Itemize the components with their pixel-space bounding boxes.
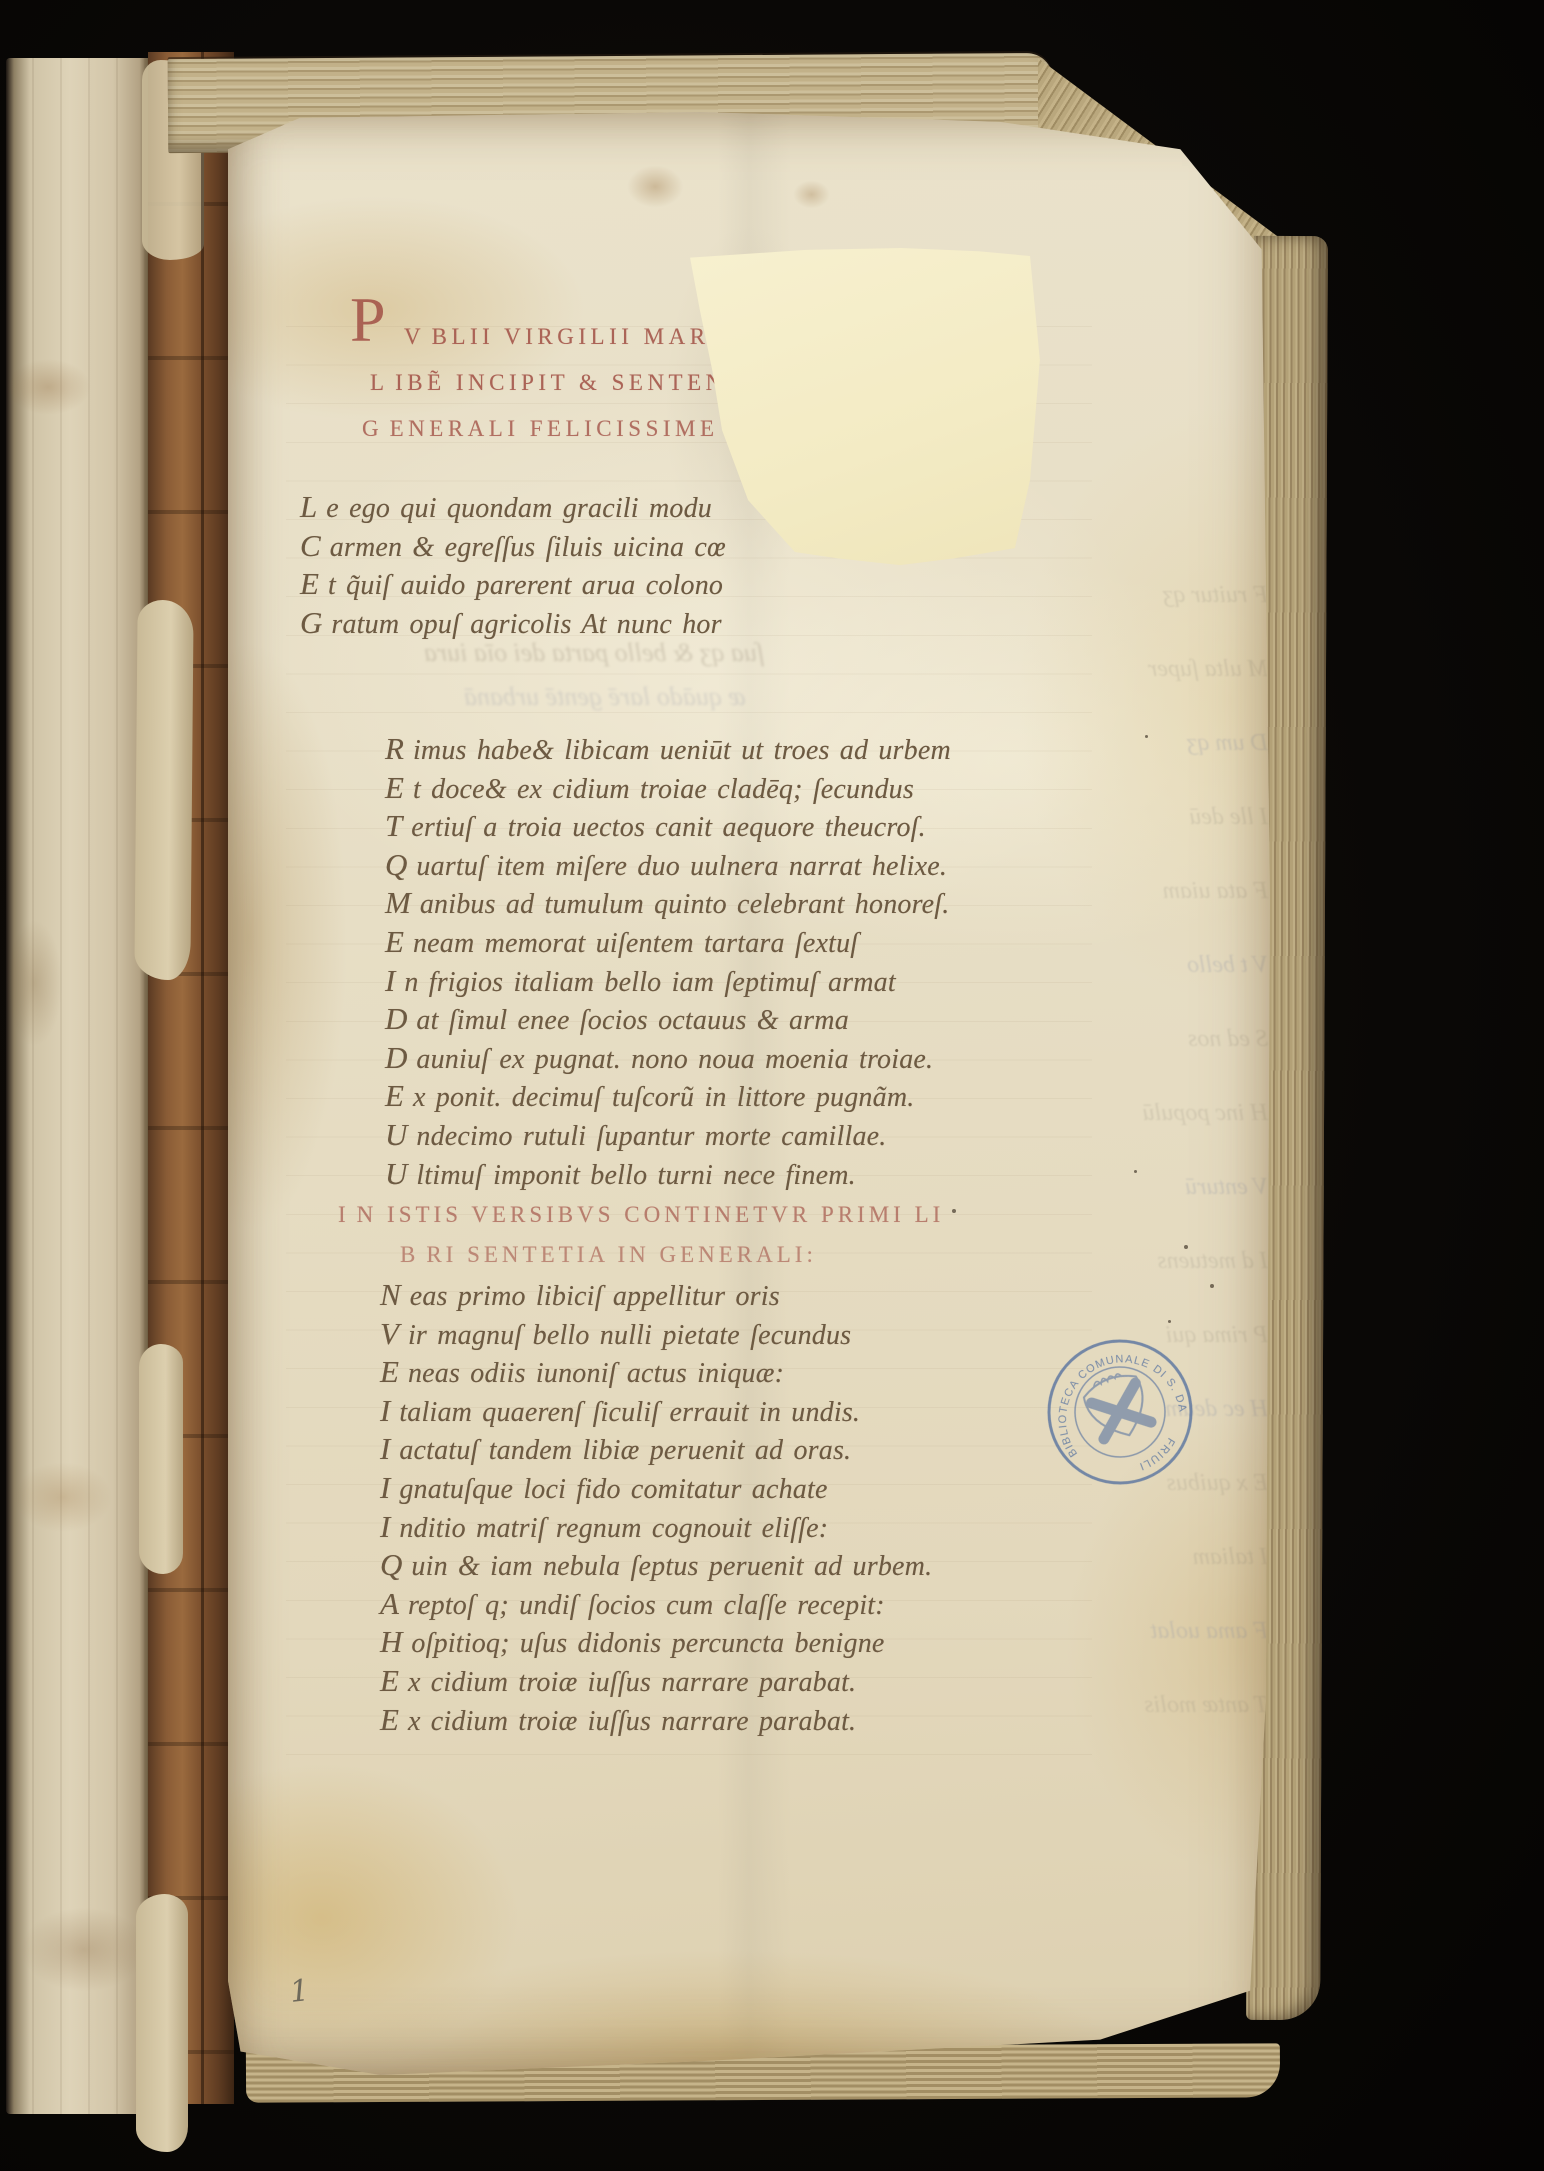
ink-speck	[1184, 1245, 1188, 1249]
manuscript-line: Et doce& ex cidium troiae cladēq; ſecund…	[385, 769, 951, 808]
manuscript-line: Iactatuſ tandem libiæ peruenit ad oras.	[380, 1430, 932, 1469]
manuscript-line: Eneas odiis iunoniſ actus iniquæ:	[380, 1353, 932, 1392]
book-summary-verse-block: Rimus habe& libicam ueniūt ut troes ad u…	[385, 730, 951, 1193]
paper-repair-patch	[690, 248, 1042, 568]
manuscript-line: Eneam memorat uiſentem tartara ſextuſ	[385, 923, 951, 962]
book-spine-leather	[148, 52, 234, 2104]
manuscript-line: Le ego qui quondam gracili modu	[300, 488, 726, 527]
manuscript-line: Vir magnuſ bello nulli pietate ſecundus	[380, 1315, 932, 1354]
manuscript-line: Ex cidium troiæ iuſſus narrare parabat.	[380, 1662, 932, 1701]
bleed-through-fragment: F ata uiam	[990, 854, 1268, 928]
bleed-through-fragment: F ama uolat	[990, 1594, 1268, 1668]
rubric-mid-line: IN ISTIS VERSIBVS CONTINETVR PRIMI LI	[338, 1202, 944, 1228]
manuscript-line: Dauniuſ ex pugnat. nono noua moenia troi…	[385, 1039, 951, 1078]
manuscript-line: Quin & iam nebula ſeptus peruenit ad urb…	[380, 1546, 932, 1585]
bleed-through-fragment: I taliam	[990, 1520, 1268, 1594]
bleed-through-fragment: I d metuens	[990, 1224, 1268, 1298]
ink-speck	[1210, 1284, 1214, 1288]
manuscript-line: Ultimuſ imponit bello turni nece finem.	[385, 1155, 951, 1194]
manuscript-line: Quartuſ item miſere duo uulnera narrat h…	[385, 846, 951, 885]
rubric-initial-P: P	[350, 288, 386, 352]
bleed-through-fragment: T antæ molis	[990, 1668, 1268, 1742]
argument-verse-block: Neas primo libiciſ appellitur orisVir ma…	[380, 1276, 932, 1739]
bleed-through-fragment: I lle deū	[990, 780, 1268, 854]
library-stamp: BIBLIOTECA COMUNALE DI S. DANIELE FRIULI	[1022, 1314, 1217, 1509]
ink-speck	[1134, 1170, 1137, 1173]
folio-number: 1	[288, 1973, 311, 2010]
manuscript-line: Areptoſ q; undiſ ſocios cum claſſe recep…	[380, 1585, 932, 1624]
ink-speck	[1145, 735, 1148, 738]
bleed-through-fragment: M ulta ſuper	[990, 632, 1268, 706]
manuscript-line: Italiam quaerenſ ſiculiſ errauit in undi…	[380, 1392, 932, 1431]
bleed-through-fragment: D um qʒ	[990, 706, 1268, 780]
manuscript-page: ſua qʒ & bello parta dei oīa iura æ quād…	[228, 112, 1270, 2075]
bleed-through-fragment: V enturū	[990, 1150, 1268, 1224]
bleed-through-fragment: F ruitur qʒ	[990, 558, 1268, 632]
manuscript-line: Neas primo libiciſ appellitur oris	[380, 1276, 932, 1315]
manuscript-line: Manibus ad tumulum quinto celebrant hono…	[385, 884, 951, 923]
manuscript-line: Et q̃uiſ auido parerent arua colono	[300, 565, 726, 604]
manuscript-line: Gratum opuſ agricolis At nunc hor	[300, 604, 726, 643]
spine-tear	[134, 600, 193, 980]
manuscript-line: Rimus habe& libicam ueniūt ut troes ad u…	[385, 730, 951, 769]
left-page-edge	[6, 58, 148, 2114]
rubric-mid-line: BRI SENTETIA IN GENERALI:	[400, 1242, 817, 1268]
bleed-through-fragment: H inc populū	[990, 1076, 1268, 1150]
manuscript-line: In frigios italiam bello iam ſeptimuſ ar…	[385, 962, 951, 1001]
bleed-through-line: ſua qʒ & bello parta dei oīa iura	[424, 638, 764, 668]
proem-verse-block: Le ego qui quondam gracili moduCarmen & …	[300, 488, 726, 642]
manuscript-line: Undecimo rutuli ſupantur morte camillae.	[385, 1116, 951, 1155]
ink-speck	[952, 1209, 956, 1213]
bleed-through-line: æ quādo larē gentē urbanā	[464, 682, 746, 712]
manuscript-line: Hoſpitioq; uſus didonis percuncta benign…	[380, 1623, 932, 1662]
manuscript-line: Dat ſimul enee ſocios octauus & arma	[385, 1000, 951, 1039]
manuscript-line: Ex ponit. decimuſ tuſcorũ in littore pug…	[385, 1077, 951, 1116]
manuscript-line: Inditio matriſ regnum cognouit eliſſe:	[380, 1508, 932, 1547]
bleed-through-fragment: S ed nos	[990, 1002, 1268, 1076]
verso-show-through-column: F ruitur qʒM ulta ſuperD um qʒI lle deūF…	[990, 558, 1268, 1742]
manuscript-line: Carmen & egreſſus ſiluis uicina cœ	[300, 527, 726, 566]
spine-tear	[136, 1894, 188, 2152]
bleed-through-fragment: V t bello	[990, 928, 1268, 1002]
ink-speck	[1168, 1320, 1171, 1323]
manuscript-line: Ignatuſque loci fido comitatur achate	[380, 1469, 932, 1508]
manuscript-line: Tertiuſ a troia uectos canit aequore the…	[385, 807, 951, 846]
manuscript-photograph: ſua qʒ & bello parta dei oīa iura æ quād…	[0, 0, 1544, 2171]
spine-tear	[139, 1344, 183, 1574]
manuscript-line: Ex cidium troiæ iuſſus narrare parabat.	[380, 1701, 932, 1740]
rubric-heading-line: GENERALI FELICISSIME	[362, 416, 719, 442]
